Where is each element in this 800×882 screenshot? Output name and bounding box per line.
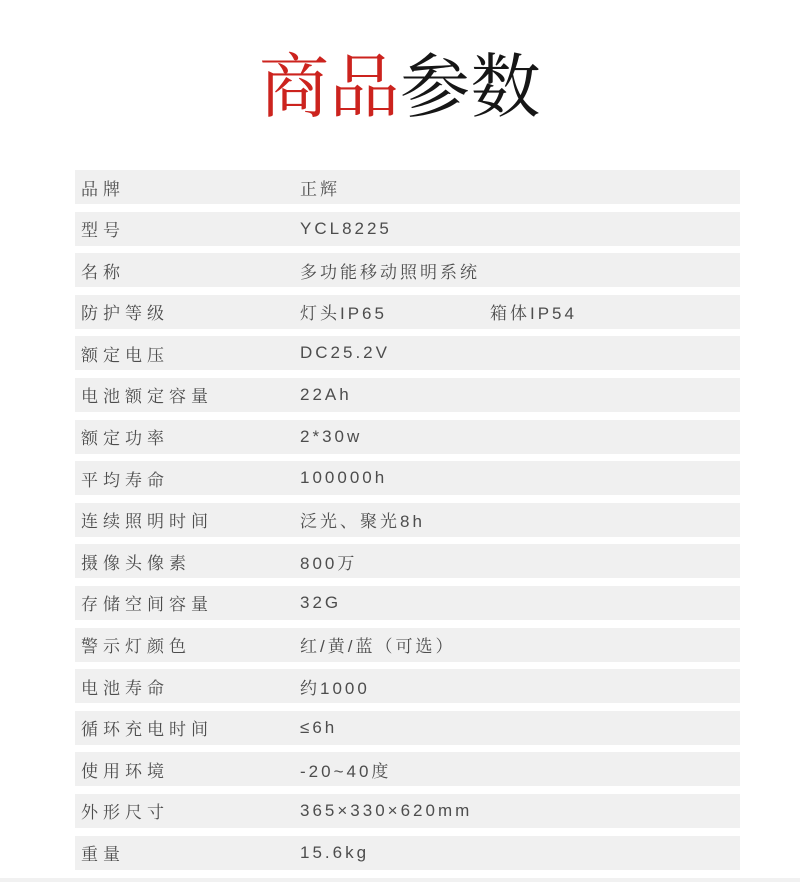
- spec-value: ≤6h: [300, 718, 337, 738]
- spec-value-secondary: 箱体IP54: [490, 295, 577, 329]
- spec-value: 15.6kg: [300, 843, 369, 863]
- product-specs-page: 商品参数 品牌 正辉 型号 YCL8225 名称 多功能移动照明系统 防护等级 …: [0, 0, 800, 882]
- spec-row: 品牌 正辉: [75, 170, 740, 204]
- spec-row: 防护等级 灯头IP65 箱体IP54: [75, 295, 740, 329]
- spec-row: 摄像头像素 800万: [75, 544, 740, 578]
- spec-row: 名称 多功能移动照明系统: [75, 253, 740, 287]
- spec-row: 存储空间容量 32G: [75, 586, 740, 620]
- spec-label: 警示灯颜色: [81, 632, 300, 657]
- spec-value: 多功能移动照明系统: [300, 258, 480, 283]
- spec-value: 32G: [300, 593, 341, 613]
- spec-label: 型号: [81, 216, 300, 241]
- spec-row: 电池寿命 约1000: [75, 669, 740, 703]
- spec-table: 品牌 正辉 型号 YCL8225 名称 多功能移动照明系统 防护等级 灯头IP6…: [75, 170, 740, 870]
- spec-row: 平均寿命 100000h: [75, 461, 740, 495]
- spec-row: 警示灯颜色 红/黄/蓝（可选）: [75, 628, 740, 662]
- spec-row: 连续照明时间 泛光、聚光8h: [75, 503, 740, 537]
- page-title: 商品参数: [0, 52, 800, 122]
- spec-value: 2*30w: [300, 427, 362, 447]
- spec-row: 外形尺寸 365×330×620mm: [75, 794, 740, 828]
- spec-label: 重量: [81, 840, 300, 865]
- spec-label: 连续照明时间: [81, 507, 300, 532]
- spec-label: 额定电压: [81, 341, 300, 366]
- spec-label: 存储空间容量: [81, 590, 300, 615]
- spec-value: YCL8225: [300, 219, 392, 239]
- spec-label: 品牌: [81, 175, 300, 200]
- spec-label: 防护等级: [81, 299, 300, 324]
- spec-label: 名称: [81, 258, 300, 283]
- spec-row: 循环充电时间 ≤6h: [75, 711, 740, 745]
- spec-label: 使用环境: [81, 757, 300, 782]
- spec-row: 额定功率 2*30w: [75, 420, 740, 454]
- spec-row: 电池额定容量 22Ah: [75, 378, 740, 412]
- bottom-divider: [0, 878, 800, 882]
- spec-value: 22Ah: [300, 385, 352, 405]
- spec-value: 约1000: [300, 674, 370, 699]
- spec-row: 额定电压 DC25.2V: [75, 336, 740, 370]
- spec-value: DC25.2V: [300, 343, 390, 363]
- spec-row: 重量 15.6kg: [75, 836, 740, 870]
- spec-row: 型号 YCL8225: [75, 212, 740, 246]
- spec-value: 100000h: [300, 468, 387, 488]
- spec-label: 电池寿命: [81, 674, 300, 699]
- spec-value: 正辉: [300, 175, 340, 200]
- spec-value: 灯头IP65: [300, 299, 387, 324]
- spec-value: 365×330×620mm: [300, 801, 472, 821]
- page-title-black-part: 参数: [400, 48, 541, 126]
- spec-label: 电池额定容量: [81, 382, 300, 407]
- spec-value: 800万: [300, 549, 357, 574]
- spec-label: 平均寿命: [81, 466, 300, 491]
- spec-label: 摄像头像素: [81, 549, 300, 574]
- spec-value: -20~40度: [300, 757, 391, 782]
- spec-label: 循环充电时间: [81, 715, 300, 740]
- spec-label: 额定功率: [81, 424, 300, 449]
- spec-label: 外形尺寸: [81, 798, 300, 823]
- spec-value: 泛光、聚光8h: [300, 507, 425, 532]
- page-title-red-part: 商品: [259, 48, 400, 126]
- spec-row: 使用环境 -20~40度: [75, 752, 740, 786]
- spec-value: 红/黄/蓝（可选）: [300, 632, 455, 657]
